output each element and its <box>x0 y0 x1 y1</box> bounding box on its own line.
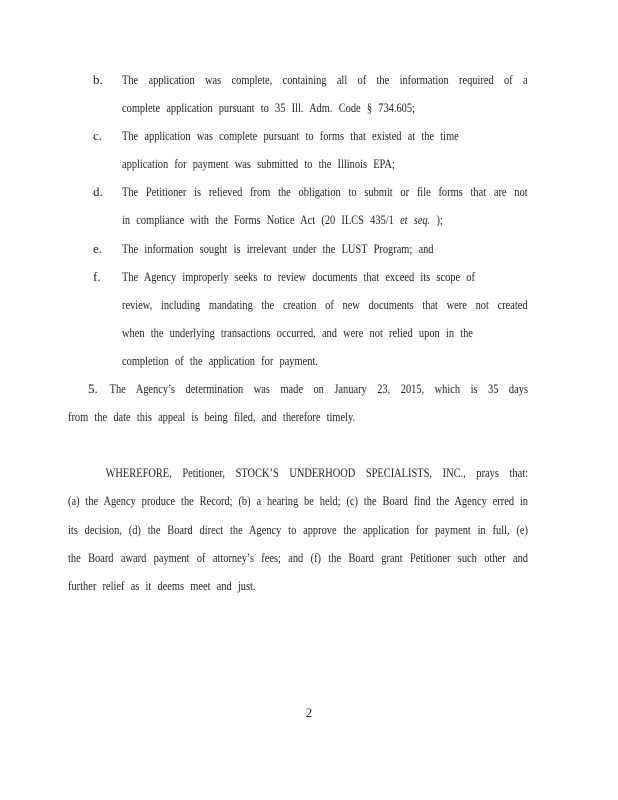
text-line: The Petitioner is relieved from the obli… <box>122 178 528 206</box>
list-item-b: b. The application was complete, contain… <box>68 66 528 122</box>
wherefore-paragraph: WHEREFORE, Petitioner, STOCK’S UNDERHOOD… <box>68 459 528 599</box>
text-line: The information sought is irrelevant und… <box>122 235 528 263</box>
list-item-letter: f. <box>93 263 101 291</box>
text-line: The application was complete pursuant to… <box>122 122 528 150</box>
lettered-list: b. The application was complete, contain… <box>68 66 528 375</box>
text-line: from the date this appeal is being filed… <box>68 403 528 431</box>
paragraph-5: 5. The Agency’s determination was made o… <box>68 375 528 431</box>
page-number: 2 <box>0 703 618 723</box>
latin-phrase: et seq. <box>400 212 430 227</box>
text-line: The application was complete, containing… <box>122 66 528 94</box>
text-segment: in compliance with the Forms Notice Act … <box>122 212 400 227</box>
text-line: review, including mandating the creation… <box>122 291 528 319</box>
text-line: the Board award payment of attorney’s fe… <box>68 544 528 572</box>
list-item-letter: b. <box>93 66 103 94</box>
text-line: The Agency’s determination was made on J… <box>68 375 528 403</box>
text-line: when the underlying transactions occurre… <box>122 319 528 347</box>
list-item-letter: c. <box>93 122 102 150</box>
text-line: in compliance with the Forms Notice Act … <box>122 206 528 234</box>
text-line: complete application pursuant to 35 Ill.… <box>122 94 528 122</box>
text-line: application for payment was submitted to… <box>122 150 528 178</box>
text-line: The Agency improperly seeks to review do… <box>122 263 528 291</box>
list-item-letter: e. <box>93 235 102 263</box>
text-line: (a) the Agency produce the Record; (b) a… <box>68 487 528 515</box>
text-segment: ); <box>430 212 443 227</box>
text-line: WHEREFORE, Petitioner, STOCK’S UNDERHOOD… <box>68 459 528 487</box>
list-item-c: c. The application was complete pursuant… <box>68 122 528 178</box>
list-item-d: d. The Petitioner is relieved from the o… <box>68 178 528 234</box>
text-line: completion of the application for paymen… <box>122 347 528 375</box>
list-item-f: f. The Agency improperly seeks to review… <box>68 263 528 375</box>
document-page: b. The application was complete, contain… <box>0 0 618 800</box>
text-line: its decision, (d) the Board direct the A… <box>68 516 528 544</box>
blank-line <box>68 431 528 459</box>
list-item-letter: d. <box>93 178 103 206</box>
list-item-e: e. The information sought is irrelevant … <box>68 235 528 263</box>
text-line: further relief as it deems meet and just… <box>68 572 528 600</box>
document-body: b. The application was complete, contain… <box>68 66 528 600</box>
